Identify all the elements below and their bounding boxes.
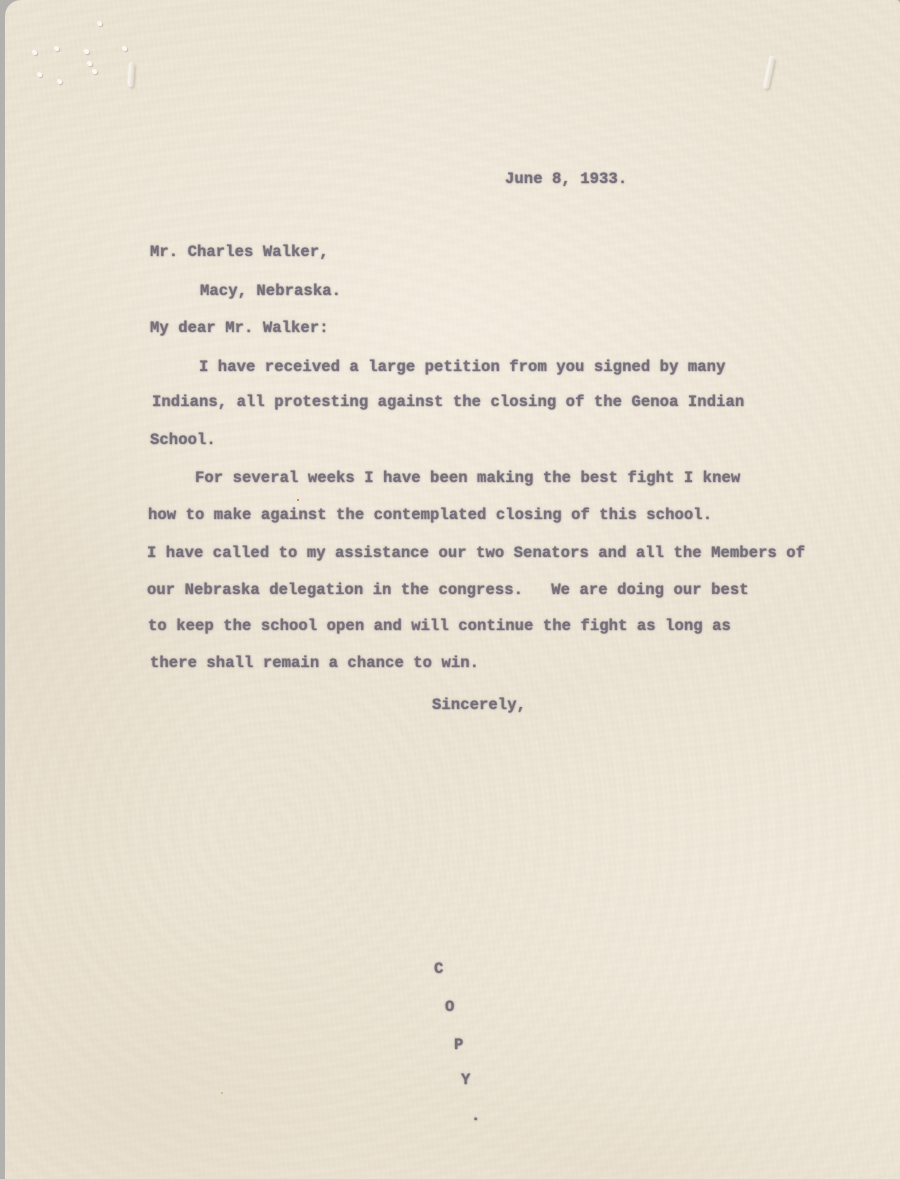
paragraph2-line: there shall remain a chance to win.	[150, 653, 479, 673]
paragraph2-line: to keep the school open and will continu…	[148, 616, 731, 636]
closing: Sincerely,	[432, 695, 526, 715]
emboss-dot	[98, 22, 102, 26]
paragraph2-line: For several weeks I have been making the…	[195, 468, 740, 488]
emboss-dot	[123, 47, 127, 51]
staple-mark-left	[128, 63, 135, 87]
ink-speck	[221, 1092, 223, 1094]
recipient-city: Macy, Nebraska.	[200, 281, 341, 301]
ink-speck	[297, 499, 299, 501]
emboss-dot	[88, 62, 92, 66]
copy-mark-period: .	[471, 1106, 480, 1126]
date-line: June 8, 1933.	[505, 169, 627, 189]
copy-mark-letter: P	[454, 1035, 463, 1055]
paragraph2-line: how to make against the contemplated clo…	[148, 505, 712, 525]
salutation: My dear Mr. Walker:	[150, 318, 329, 338]
paragraph1-line: School.	[150, 430, 216, 450]
recipient-name: Mr. Charles Walker,	[150, 242, 329, 262]
emboss-dot	[58, 80, 62, 84]
emboss-dot	[93, 70, 97, 74]
paragraph1-line: I have received a large petition from yo…	[199, 357, 725, 377]
letter-paper: June 8, 1933. Mr. Charles Walker, Macy, …	[5, 0, 900, 1179]
emboss-dot	[38, 73, 42, 77]
paragraph2-line: I have called to my assistance our two S…	[147, 543, 805, 563]
paragraph2-line: our Nebraska delegation in the congress.…	[147, 580, 749, 600]
staple-mark-right	[764, 57, 776, 89]
copy-mark-letter: O	[445, 997, 454, 1017]
emboss-dot	[33, 51, 37, 55]
copy-mark-letter: C	[434, 959, 443, 979]
paragraph1-line: Indians, all protesting against the clos…	[152, 392, 744, 412]
copy-mark-letter: Y	[461, 1070, 470, 1090]
emboss-dot	[85, 50, 89, 54]
emboss-dot	[55, 47, 59, 51]
